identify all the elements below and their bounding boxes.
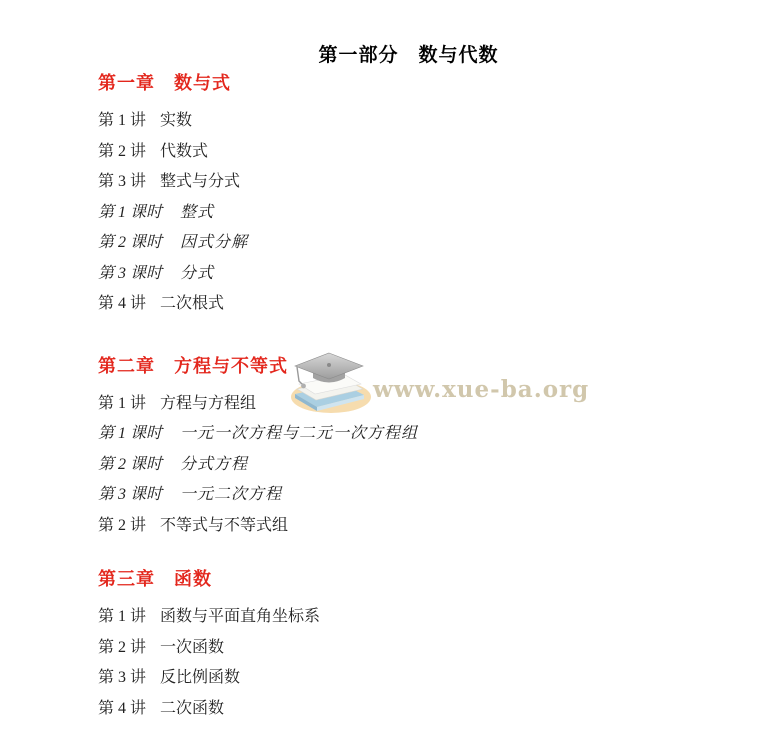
item-label: 第 2 讲 bbox=[98, 511, 146, 542]
item-title: 整式 bbox=[180, 204, 214, 221]
item-title: 整式与分式 bbox=[160, 173, 240, 190]
item-label: 第 2 讲 bbox=[98, 633, 146, 664]
item-title: 不等式与不等式组 bbox=[160, 517, 288, 534]
toc-item: 第 3 讲反比例函数 bbox=[98, 663, 698, 694]
item-label: 第 4 讲 bbox=[98, 694, 146, 725]
item-label: 第 3 课时 bbox=[98, 259, 162, 290]
toc-item: 第 3 讲整式与分式 bbox=[98, 167, 698, 198]
item-title: 二次根式 bbox=[160, 295, 224, 312]
toc-item: 第 2 讲代数式 bbox=[98, 137, 698, 168]
item-label: 第 1 课时 bbox=[98, 198, 162, 229]
item-label: 第 3 课时 bbox=[98, 480, 162, 511]
chapter-heading: 第二章 方程与不等式 bbox=[98, 356, 698, 376]
item-title: 一元二次方程 bbox=[180, 486, 282, 503]
item-title: 一次函数 bbox=[160, 639, 224, 656]
table-of-contents: 第一章 数与式 第 1 讲实数 第 2 讲代数式 第 3 讲整式与分式 第 1 … bbox=[98, 73, 698, 724]
document-page: 第一部分 数与代数 第一章 数与式 第 1 讲实数 第 2 讲代数式 第 3 讲… bbox=[0, 0, 757, 732]
item-label: 第 3 讲 bbox=[98, 663, 146, 694]
item-title: 方程与方程组 bbox=[160, 395, 256, 412]
toc-item: 第 2 课时因式分解 bbox=[98, 228, 698, 259]
item-label: 第 2 讲 bbox=[98, 137, 146, 168]
item-title: 分式方程 bbox=[180, 456, 248, 473]
chapter-section-2: 第二章 方程与不等式 第 1 讲方程与方程组 第 1 课时一元一次方程与二元一次… bbox=[98, 356, 698, 542]
item-label: 第 2 课时 bbox=[98, 228, 162, 259]
chapter-heading: 第三章 函数 bbox=[98, 569, 698, 589]
chapter-section-3: 第三章 函数 第 1 讲函数与平面直角坐标系 第 2 讲一次函数 第 3 讲反比… bbox=[98, 569, 698, 724]
item-label: 第 1 讲 bbox=[98, 106, 146, 137]
item-title: 代数式 bbox=[160, 143, 208, 160]
toc-item: 第 4 讲二次根式 bbox=[98, 289, 698, 320]
toc-item: 第 2 讲一次函数 bbox=[98, 633, 698, 664]
item-title: 因式分解 bbox=[180, 234, 248, 251]
toc-item: 第 1 讲实数 bbox=[98, 106, 698, 137]
item-label: 第 1 讲 bbox=[98, 602, 146, 633]
toc-item: 第 1 讲方程与方程组 bbox=[98, 389, 698, 420]
item-label: 第 2 课时 bbox=[98, 450, 162, 481]
page-title: 第一部分 数与代数 bbox=[60, 40, 757, 67]
item-label: 第 4 讲 bbox=[98, 289, 146, 320]
item-title: 一元一次方程与二元一次方程组 bbox=[180, 425, 418, 442]
toc-item: 第 2 讲不等式与不等式组 bbox=[98, 511, 698, 542]
toc-item: 第 1 课时整式 bbox=[98, 198, 698, 229]
toc-item: 第 3 课时分式 bbox=[98, 259, 698, 290]
toc-item: 第 4 讲二次函数 bbox=[98, 694, 698, 725]
toc-item: 第 1 课时一元一次方程与二元一次方程组 bbox=[98, 419, 698, 450]
item-title: 函数与平面直角坐标系 bbox=[160, 608, 320, 625]
item-label: 第 1 课时 bbox=[98, 419, 162, 450]
toc-item: 第 2 课时分式方程 bbox=[98, 450, 698, 481]
item-title: 反比例函数 bbox=[160, 669, 240, 686]
item-title: 分式 bbox=[180, 265, 214, 282]
item-title: 实数 bbox=[160, 112, 192, 129]
toc-item: 第 3 课时一元二次方程 bbox=[98, 480, 698, 511]
item-label: 第 1 讲 bbox=[98, 389, 146, 420]
toc-item: 第 1 讲函数与平面直角坐标系 bbox=[98, 602, 698, 633]
item-label: 第 3 讲 bbox=[98, 167, 146, 198]
item-title: 二次函数 bbox=[160, 700, 224, 717]
chapter-heading: 第一章 数与式 bbox=[98, 73, 698, 93]
chapter-section-1: 第一章 数与式 第 1 讲实数 第 2 讲代数式 第 3 讲整式与分式 第 1 … bbox=[98, 73, 698, 320]
